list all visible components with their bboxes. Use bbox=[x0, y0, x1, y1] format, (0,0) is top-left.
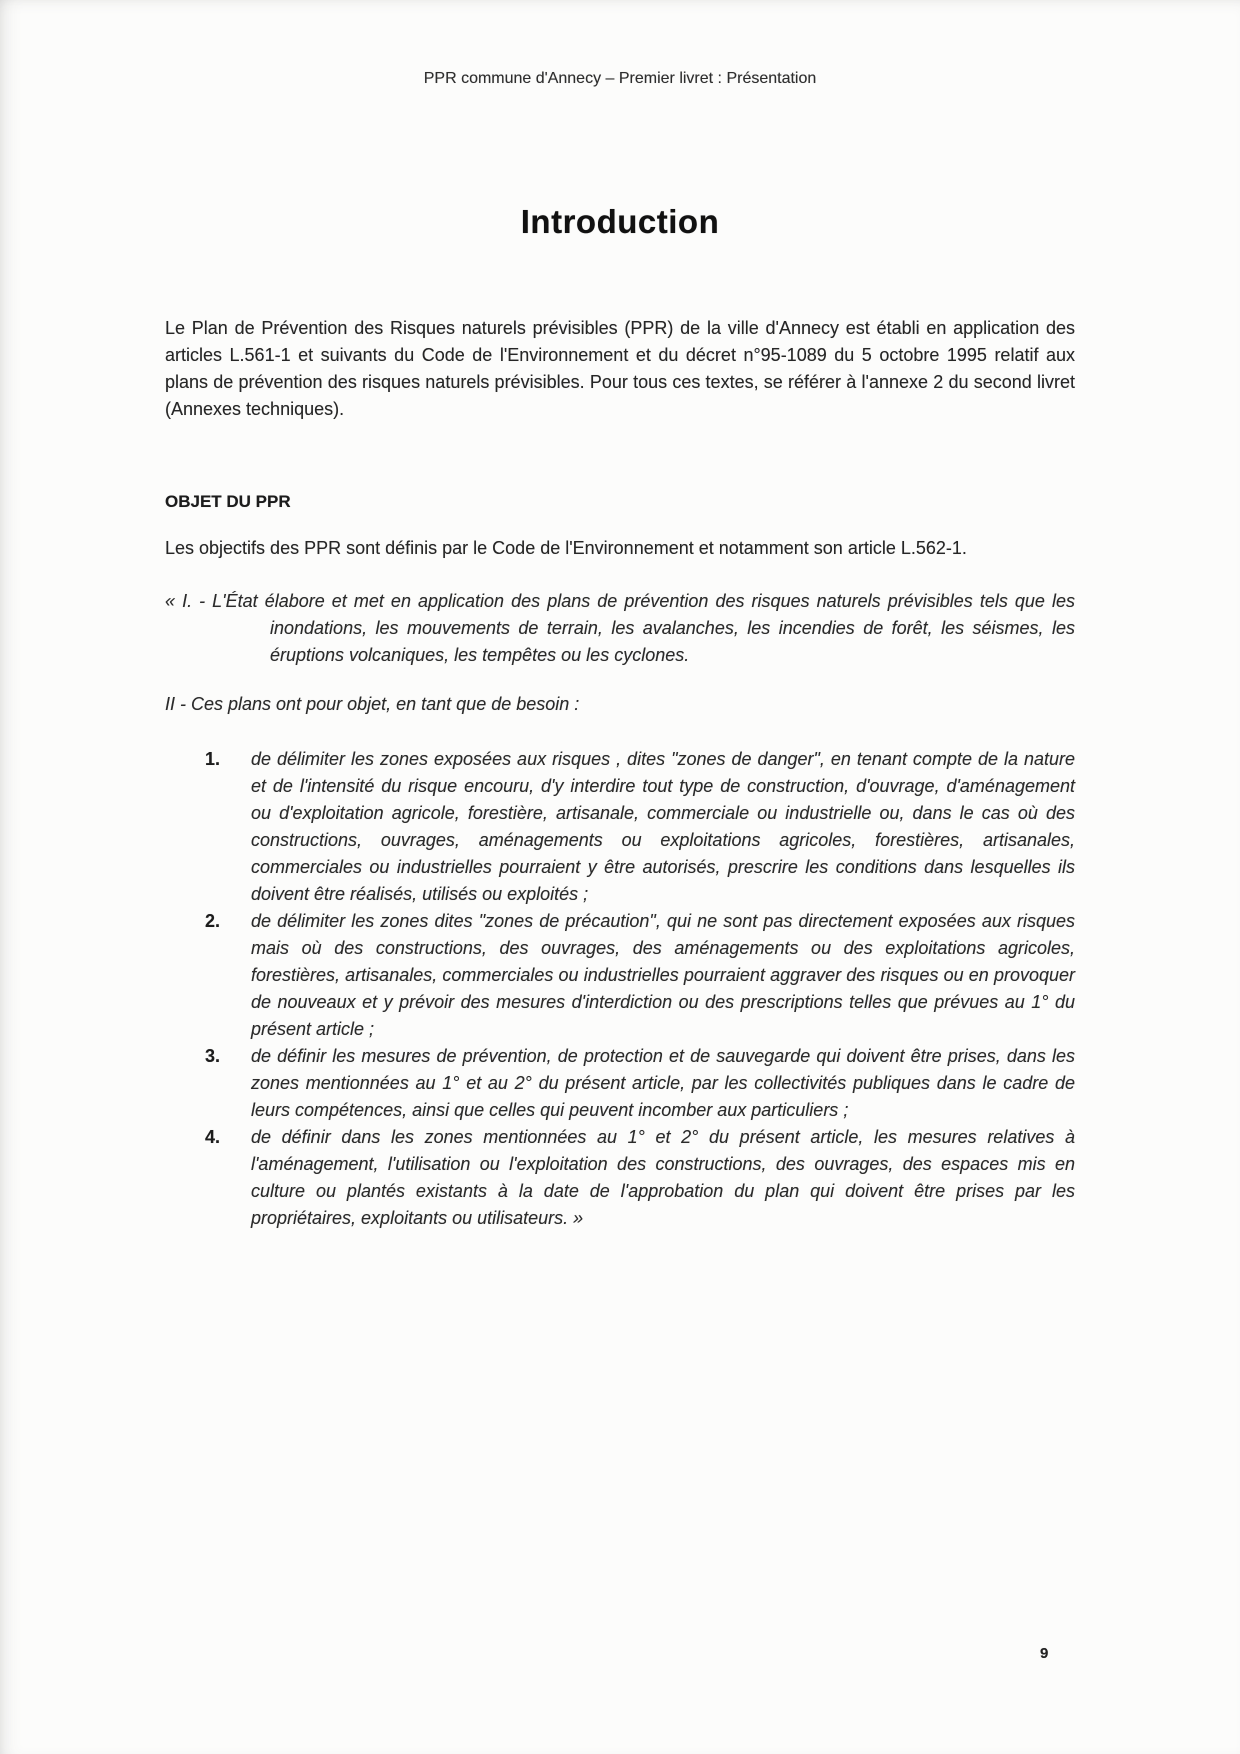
list-item-number: 1. bbox=[205, 746, 251, 773]
legal-quote-part-one: « I. - L'État élabore et met en applicat… bbox=[165, 588, 1075, 669]
intro-paragraph: Le Plan de Prévention des Risques nature… bbox=[165, 315, 1075, 423]
running-header: PPR commune d'Annecy – Premier livret : … bbox=[165, 68, 1075, 90]
list-item: 3.de définir les mesures de prévention, … bbox=[205, 1043, 1075, 1124]
numbered-list: 1.de délimiter les zones exposées aux ri… bbox=[205, 746, 1075, 1232]
list-item-text: de délimiter les zones dites "zones de p… bbox=[251, 911, 1075, 1039]
list-item-number: 4. bbox=[205, 1124, 251, 1151]
list-item: 4.de définir dans les zones mentionnées … bbox=[205, 1124, 1075, 1232]
list-item-text: de définir dans les zones mentionnées au… bbox=[251, 1127, 1075, 1228]
list-item-number: 3. bbox=[205, 1043, 251, 1070]
page-number: 9 bbox=[1040, 1645, 1074, 1662]
page-content: PPR commune d'Annecy – Premier livret : … bbox=[165, 0, 1075, 1232]
page-title: Introduction bbox=[165, 202, 1075, 242]
document-page: PPR commune d'Annecy – Premier livret : … bbox=[0, 0, 1240, 1754]
list-item: 2.de délimiter les zones dites "zones de… bbox=[205, 908, 1075, 1043]
list-item-text: de délimiter les zones exposées aux risq… bbox=[251, 749, 1075, 904]
list-item-text: de définir les mesures de prévention, de… bbox=[251, 1046, 1075, 1120]
list-item-number: 2. bbox=[205, 908, 251, 935]
list-item: 1.de délimiter les zones exposées aux ri… bbox=[205, 746, 1075, 908]
objectives-paragraph: Les objectifs des PPR sont définis par l… bbox=[165, 535, 1075, 562]
section-heading-objet-du-ppr: OBJET DU PPR bbox=[165, 490, 1075, 514]
legal-quote-part-two: II - Ces plans ont pour objet, en tant q… bbox=[165, 691, 1075, 718]
